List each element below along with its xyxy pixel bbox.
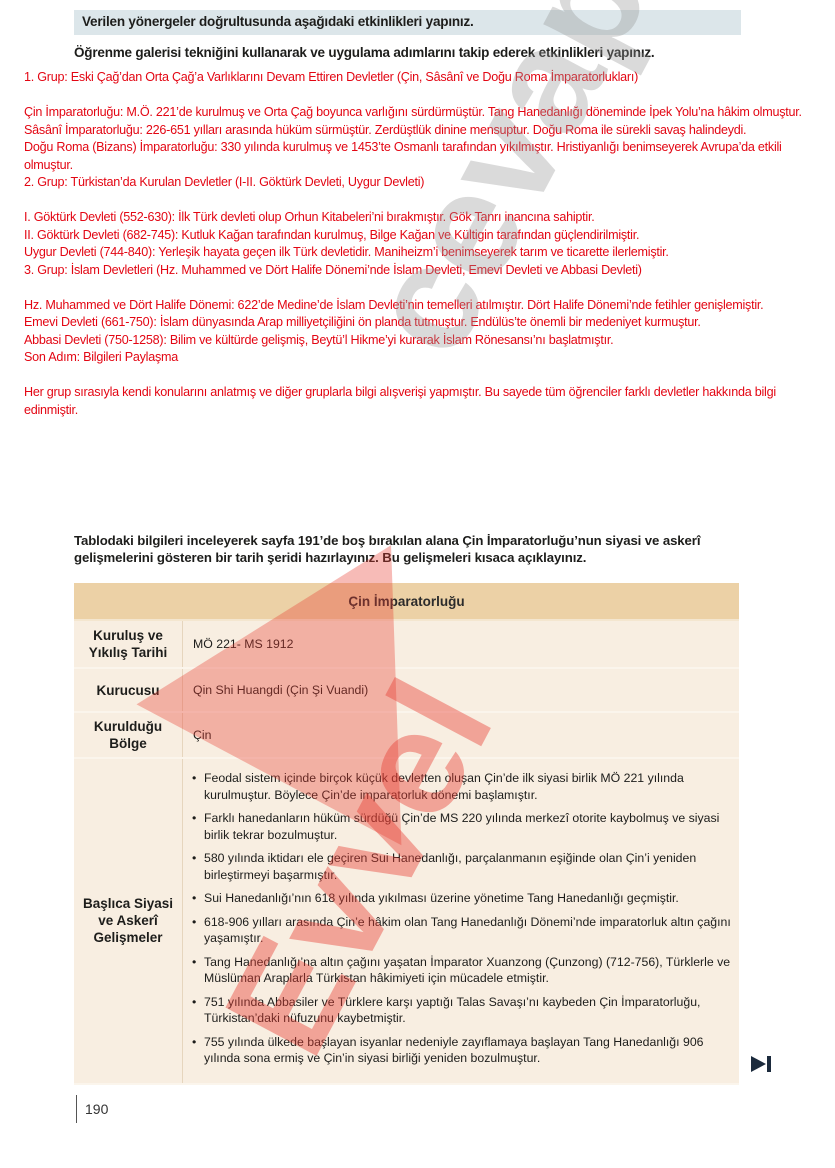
list-item: 751 yılında Abbasiler ve Türklere karşı … bbox=[192, 994, 732, 1027]
answer-line: Doğu Roma (Bizans) İmparatorluğu: 330 yı… bbox=[24, 139, 814, 174]
row-label: Kurulduğu Bölge bbox=[74, 712, 183, 758]
answer-gap bbox=[24, 192, 814, 210]
answer-gap bbox=[24, 367, 814, 385]
row-value: Qin Shi Huangdi (Çin Şi Vuandi) bbox=[183, 668, 740, 712]
row-value: Feodal sistem içinde birçok küçük devlet… bbox=[183, 758, 740, 1084]
list-item: Tang Hanedanlığı’na altın çağını yaşatan… bbox=[192, 954, 732, 987]
answer-line: Abbasi Devleti (750-1258): Bilim ve kült… bbox=[24, 332, 814, 350]
instruction-bar: Verilen yönergeler doğrultusunda aşağıda… bbox=[74, 10, 741, 35]
table-row: Kurulduğu Bölge Çin bbox=[74, 712, 739, 758]
table-row: Kuruluş ve Yıkılış Tarihi MÖ 221- MS 191… bbox=[74, 620, 739, 668]
row-label: Kurucusu bbox=[74, 668, 183, 712]
list-item: 618-906 yılları arasında Çin’e hâkim ola… bbox=[192, 914, 732, 947]
row-value: MÖ 221- MS 1912 bbox=[183, 620, 740, 668]
developments-list: Feodal sistem içinde birçok küçük devlet… bbox=[184, 760, 738, 1082]
answer-gap bbox=[24, 279, 814, 297]
answer-line: Hz. Muhammed ve Dört Halife Dönemi: 622’… bbox=[24, 297, 814, 315]
answer-block: 1. Grup: Eski Çağ’dan Orta Çağ’a Varlıkl… bbox=[24, 69, 814, 419]
list-item: Farklı hanedanların hüküm sürdüğü Çin’de… bbox=[192, 810, 732, 843]
list-item: Feodal sistem içinde birçok küçük devlet… bbox=[192, 770, 732, 803]
table-row: Kurucusu Qin Shi Huangdi (Çin Şi Vuandi) bbox=[74, 668, 739, 712]
answer-line: Her grup sırasıyla kendi konularını anla… bbox=[24, 384, 814, 419]
list-item: 755 yılında ülkede başlayan isyanlar ned… bbox=[192, 1034, 732, 1067]
answer-line: 3. Grup: İslam Devletleri (Hz. Muhammed … bbox=[24, 262, 814, 280]
page-number: 190 bbox=[76, 1095, 108, 1123]
answer-line: 2. Grup: Türkistan’da Kurulan Devletler … bbox=[24, 174, 814, 192]
table-row-developments: Başlıca Siyasi ve Askerî Gelişmeler Feod… bbox=[74, 758, 739, 1084]
answer-line: Uygur Devleti (744-840): Yerleşik hayata… bbox=[24, 244, 814, 262]
row-label: Başlıca Siyasi ve Askerî Gelişmeler bbox=[74, 758, 183, 1084]
answer-line: Çin İmparatorluğu: M.Ö. 221’de kurulmuş … bbox=[24, 104, 814, 122]
row-label: Kuruluş ve Yıkılış Tarihi bbox=[74, 620, 183, 668]
row-value: Çin bbox=[183, 712, 740, 758]
answer-gap bbox=[24, 87, 814, 105]
list-item: 580 yılında iktidarı ele geçiren Sui Han… bbox=[192, 850, 732, 883]
cin-empire-table: Çin İmparatorluğu Kuruluş ve Yıkılış Tar… bbox=[74, 583, 739, 1085]
answer-line: I. Göktürk Devleti (552-630): İlk Türk d… bbox=[24, 209, 814, 227]
task-text: Tablodaki bilgileri inceleyerek sayfa 19… bbox=[74, 532, 744, 566]
answer-line: 1. Grup: Eski Çağ’dan Orta Çağ’a Varlıkl… bbox=[24, 69, 814, 87]
list-item: Sui Hanedanlığı’nın 618 yılında yıkılmas… bbox=[192, 890, 732, 907]
answer-line: Sâsânî İmparatorluğu: 226-651 yılları ar… bbox=[24, 122, 814, 140]
instruction-text: Verilen yönergeler doğrultusunda aşağıda… bbox=[82, 14, 474, 29]
sub-instruction: Öğrenme galerisi tekniğini kullanarak ve… bbox=[74, 45, 654, 60]
answer-line: II. Göktürk Devleti (682-745): Kutluk Ka… bbox=[24, 227, 814, 245]
skip-forward-icon[interactable] bbox=[751, 1055, 773, 1073]
table-title: Çin İmparatorluğu bbox=[74, 583, 739, 620]
answer-line: Son Adım: Bilgileri Paylaşma bbox=[24, 349, 814, 367]
answer-line: Emevi Devleti (661-750): İslam dünyasınd… bbox=[24, 314, 814, 332]
